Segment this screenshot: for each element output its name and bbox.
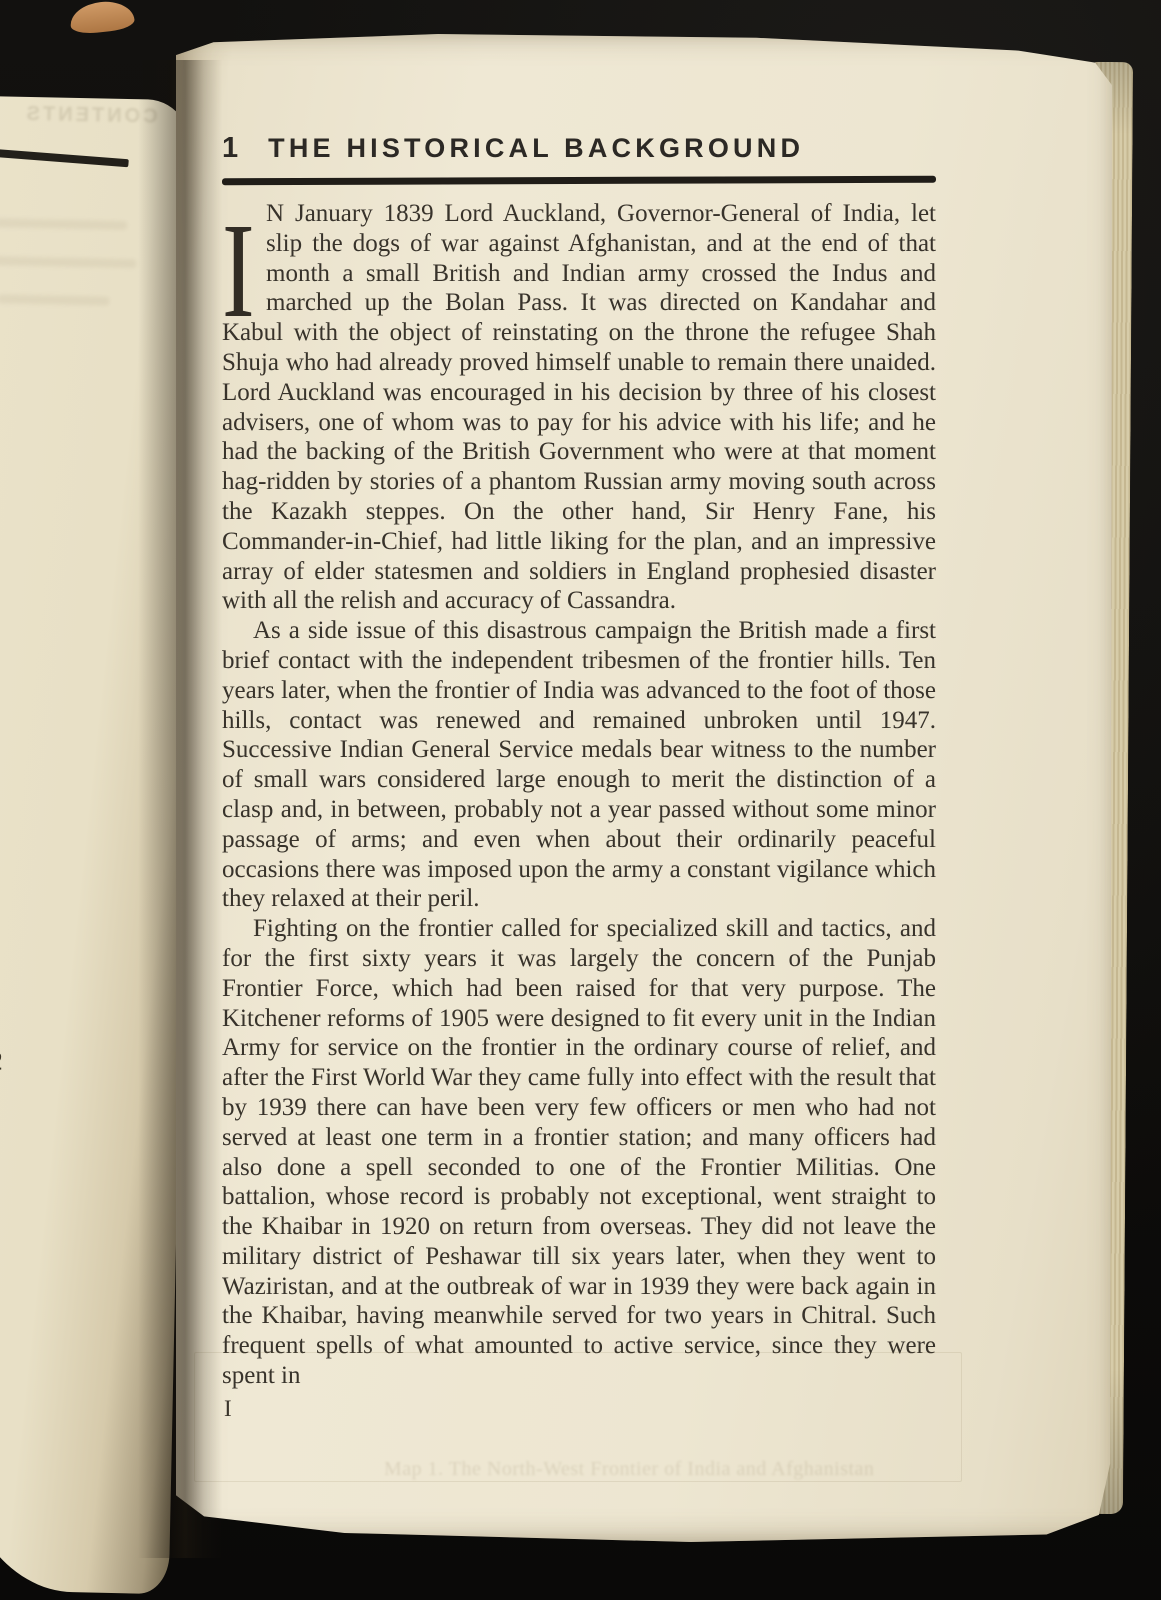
show-through-map-caption: Map 1. The North-West Frontier of India … [384, 1458, 874, 1481]
show-through-line [0, 256, 137, 268]
facing-page-list-number: 2 [0, 1046, 3, 1076]
show-through-line [0, 294, 110, 305]
paragraph-2: As a side issue of this disastrous campa… [222, 616, 936, 914]
paragraph-1: IN January 1839 Lord Auckland, Governor-… [222, 199, 936, 616]
paragraph-3: Fighting on the frontier called for spec… [222, 914, 936, 1391]
facing-page-edge: CONTENTS 2 [0, 96, 200, 1594]
body-text: IN January 1839 Lord Auckland, Governor-… [222, 199, 936, 1391]
book-photo: CONTENTS 2 1 THE HISTORICAL BACKGROUND I… [0, 0, 1161, 1600]
show-through-contents-heading: CONTENTS [23, 103, 157, 129]
chapter-title: THE HISTORICAL BACKGROUND [268, 133, 804, 164]
show-through-line [0, 218, 127, 230]
drop-cap: I [222, 203, 246, 293]
chapter-heading-rule [222, 176, 936, 185]
facing-page-heading-rule [0, 148, 129, 168]
book-page: 1 THE HISTORICAL BACKGROUND IN January 1… [176, 34, 1112, 1542]
book-headband [69, 0, 136, 35]
paragraph-1-text: N January 1839 Lord Auckland, Governor-G… [222, 200, 936, 614]
chapter-heading: 1 THE HISTORICAL BACKGROUND [222, 132, 804, 165]
chapter-number: 1 [222, 132, 238, 165]
